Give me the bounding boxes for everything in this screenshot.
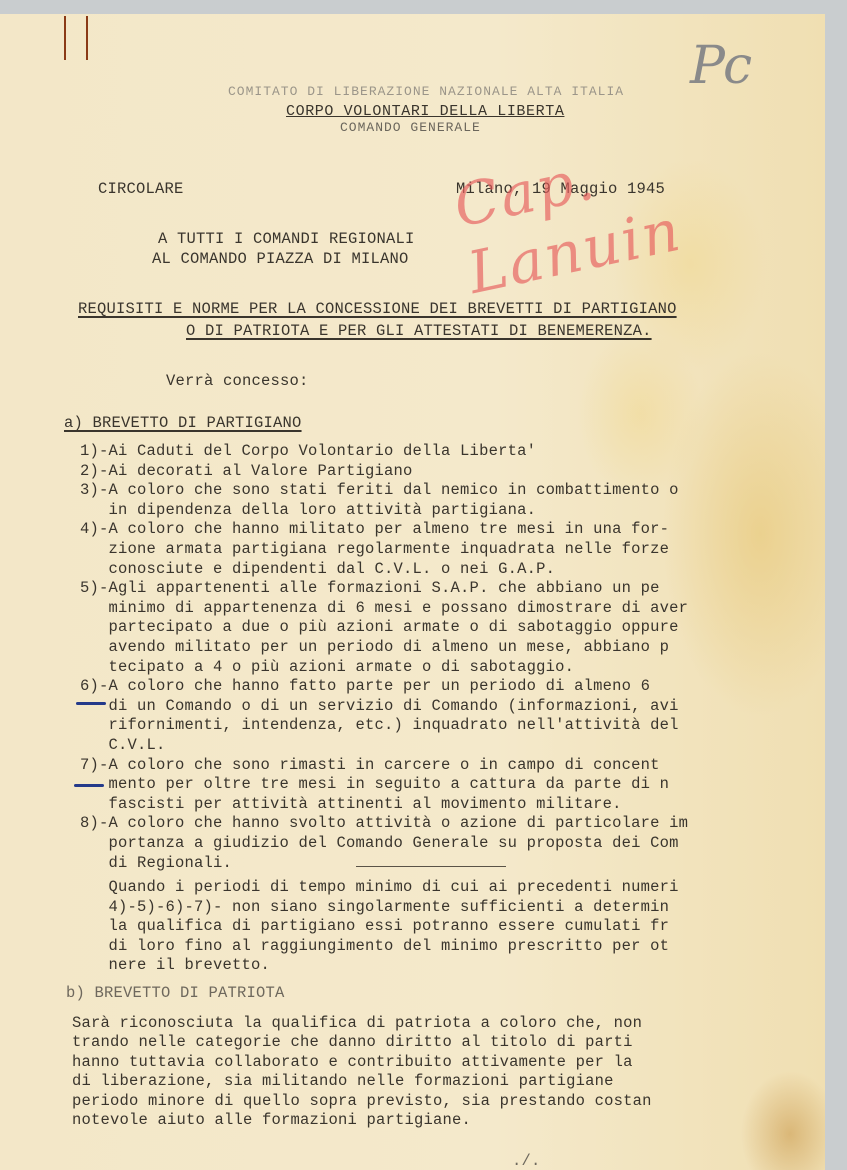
text-line: di Regionali. <box>80 854 232 872</box>
text-line: partecipato a due o più azioni armate o … <box>80 618 679 636</box>
text-line: conosciute e dipendenti dal C.V.L. o nei… <box>80 560 555 578</box>
text-line: di loro fino al raggiungimento del minim… <box>80 937 669 955</box>
letterhead-line-3: COMANDO GENERALE <box>340 120 481 135</box>
circular-label: CIRCOLARE <box>98 180 184 198</box>
text-line: notevole aiuto alle formazioni partigian… <box>72 1111 471 1129</box>
text-line: 8)-A coloro che hanno svolto attività o … <box>80 814 688 832</box>
text-line: rifornimenti, intendenza, etc.) inquadra… <box>80 716 679 734</box>
text-line: minimo di appartenenza di 6 mesi e possa… <box>80 599 688 617</box>
letterhead-line-2: CORPO VOLONTARI DELLA LIBERTA <box>286 103 564 120</box>
section-b-heading: b) BREVETTO DI PATRIOTA <box>66 984 285 1002</box>
text-line: 4)-A coloro che hanno militato per almen… <box>80 520 669 538</box>
handwritten-red-annotation: Cap. Lanuin <box>448 96 845 307</box>
blue-pencil-mark <box>74 784 104 787</box>
subject-line: REQUISITI E NORME PER LA CONCESSIONE DEI… <box>78 300 677 318</box>
text-line: nere il brevetto. <box>80 956 270 974</box>
text-line: avendo militato per un periodo di almeno… <box>80 638 669 656</box>
text-line: trando nelle categorie che danno diritto… <box>72 1033 633 1051</box>
binder-punch-mark <box>64 16 88 60</box>
handwritten-initials: Pc <box>690 36 750 96</box>
section-a-heading: a) BREVETTO DI PARTIGIANO <box>64 414 302 432</box>
text-line: la qualifica di partigiano essi potranno… <box>80 917 669 935</box>
text-line: portanza a giudizio del Comando Generale… <box>80 834 679 852</box>
recipient-line: AL COMANDO PIAZZA DI MILANO <box>152 250 409 268</box>
text-line: di un Comando o di un servizio di Comand… <box>80 697 679 715</box>
recipient-line: A TUTTI I COMANDI REGIONALI <box>158 230 415 248</box>
text-line: periodo minore di quello sopra previsto,… <box>72 1092 652 1110</box>
text-line: in dipendenza della loro attività partig… <box>80 501 536 519</box>
text-line: hanno tuttavia collaborato e contribuito… <box>72 1053 633 1071</box>
subject-line: O DI PATRIOTA E PER GLI ATTESTATI DI BEN… <box>186 322 652 340</box>
text-line: di liberazione, sia militando nelle form… <box>72 1072 614 1090</box>
text-line: 6)-A coloro che hanno fatto parte per un… <box>80 677 650 695</box>
text-line: 7)-A coloro che sono rimasti in carcere … <box>80 756 660 774</box>
document-page: Pc COMITATO DI LIBERAZIONE NAZIONALE ALT… <box>0 14 825 1170</box>
intro-text: Verrà concesso: <box>166 372 309 390</box>
text-line: Quando i periodi di tempo minimo di cui … <box>80 878 679 896</box>
text-line: tecipato a 4 o più azioni armate o di sa… <box>80 658 574 676</box>
text-line: Sarà riconosciuta la qualifica di patrio… <box>72 1014 642 1032</box>
text-line: fascisti per attività attinenti al movim… <box>80 795 622 813</box>
text-line: zione armata partigiana regolarmente inq… <box>80 540 669 558</box>
separator-rule <box>356 866 506 867</box>
text-line: 5)-Agli appartenenti alle formazioni S.A… <box>80 579 660 597</box>
text-line: 1)-Ai Caduti del Corpo Volontario della … <box>80 442 536 460</box>
letterhead-line-1: COMITATO DI LIBERAZIONE NAZIONALE ALTA I… <box>228 84 624 99</box>
page-continue-mark: ./. <box>512 1152 541 1170</box>
text-line: mento per oltre tre mesi in seguito a ca… <box>80 775 669 793</box>
text-line: 3)-A coloro che sono stati feriti dal ne… <box>80 481 679 499</box>
text-line: 2)-Ai decorati al Valore Partigiano <box>80 462 413 480</box>
text-line: C.V.L. <box>80 736 166 754</box>
blue-pencil-mark <box>76 702 106 705</box>
text-line: 4)-5)-6)-7)- non siano singolarmente suf… <box>80 898 669 916</box>
